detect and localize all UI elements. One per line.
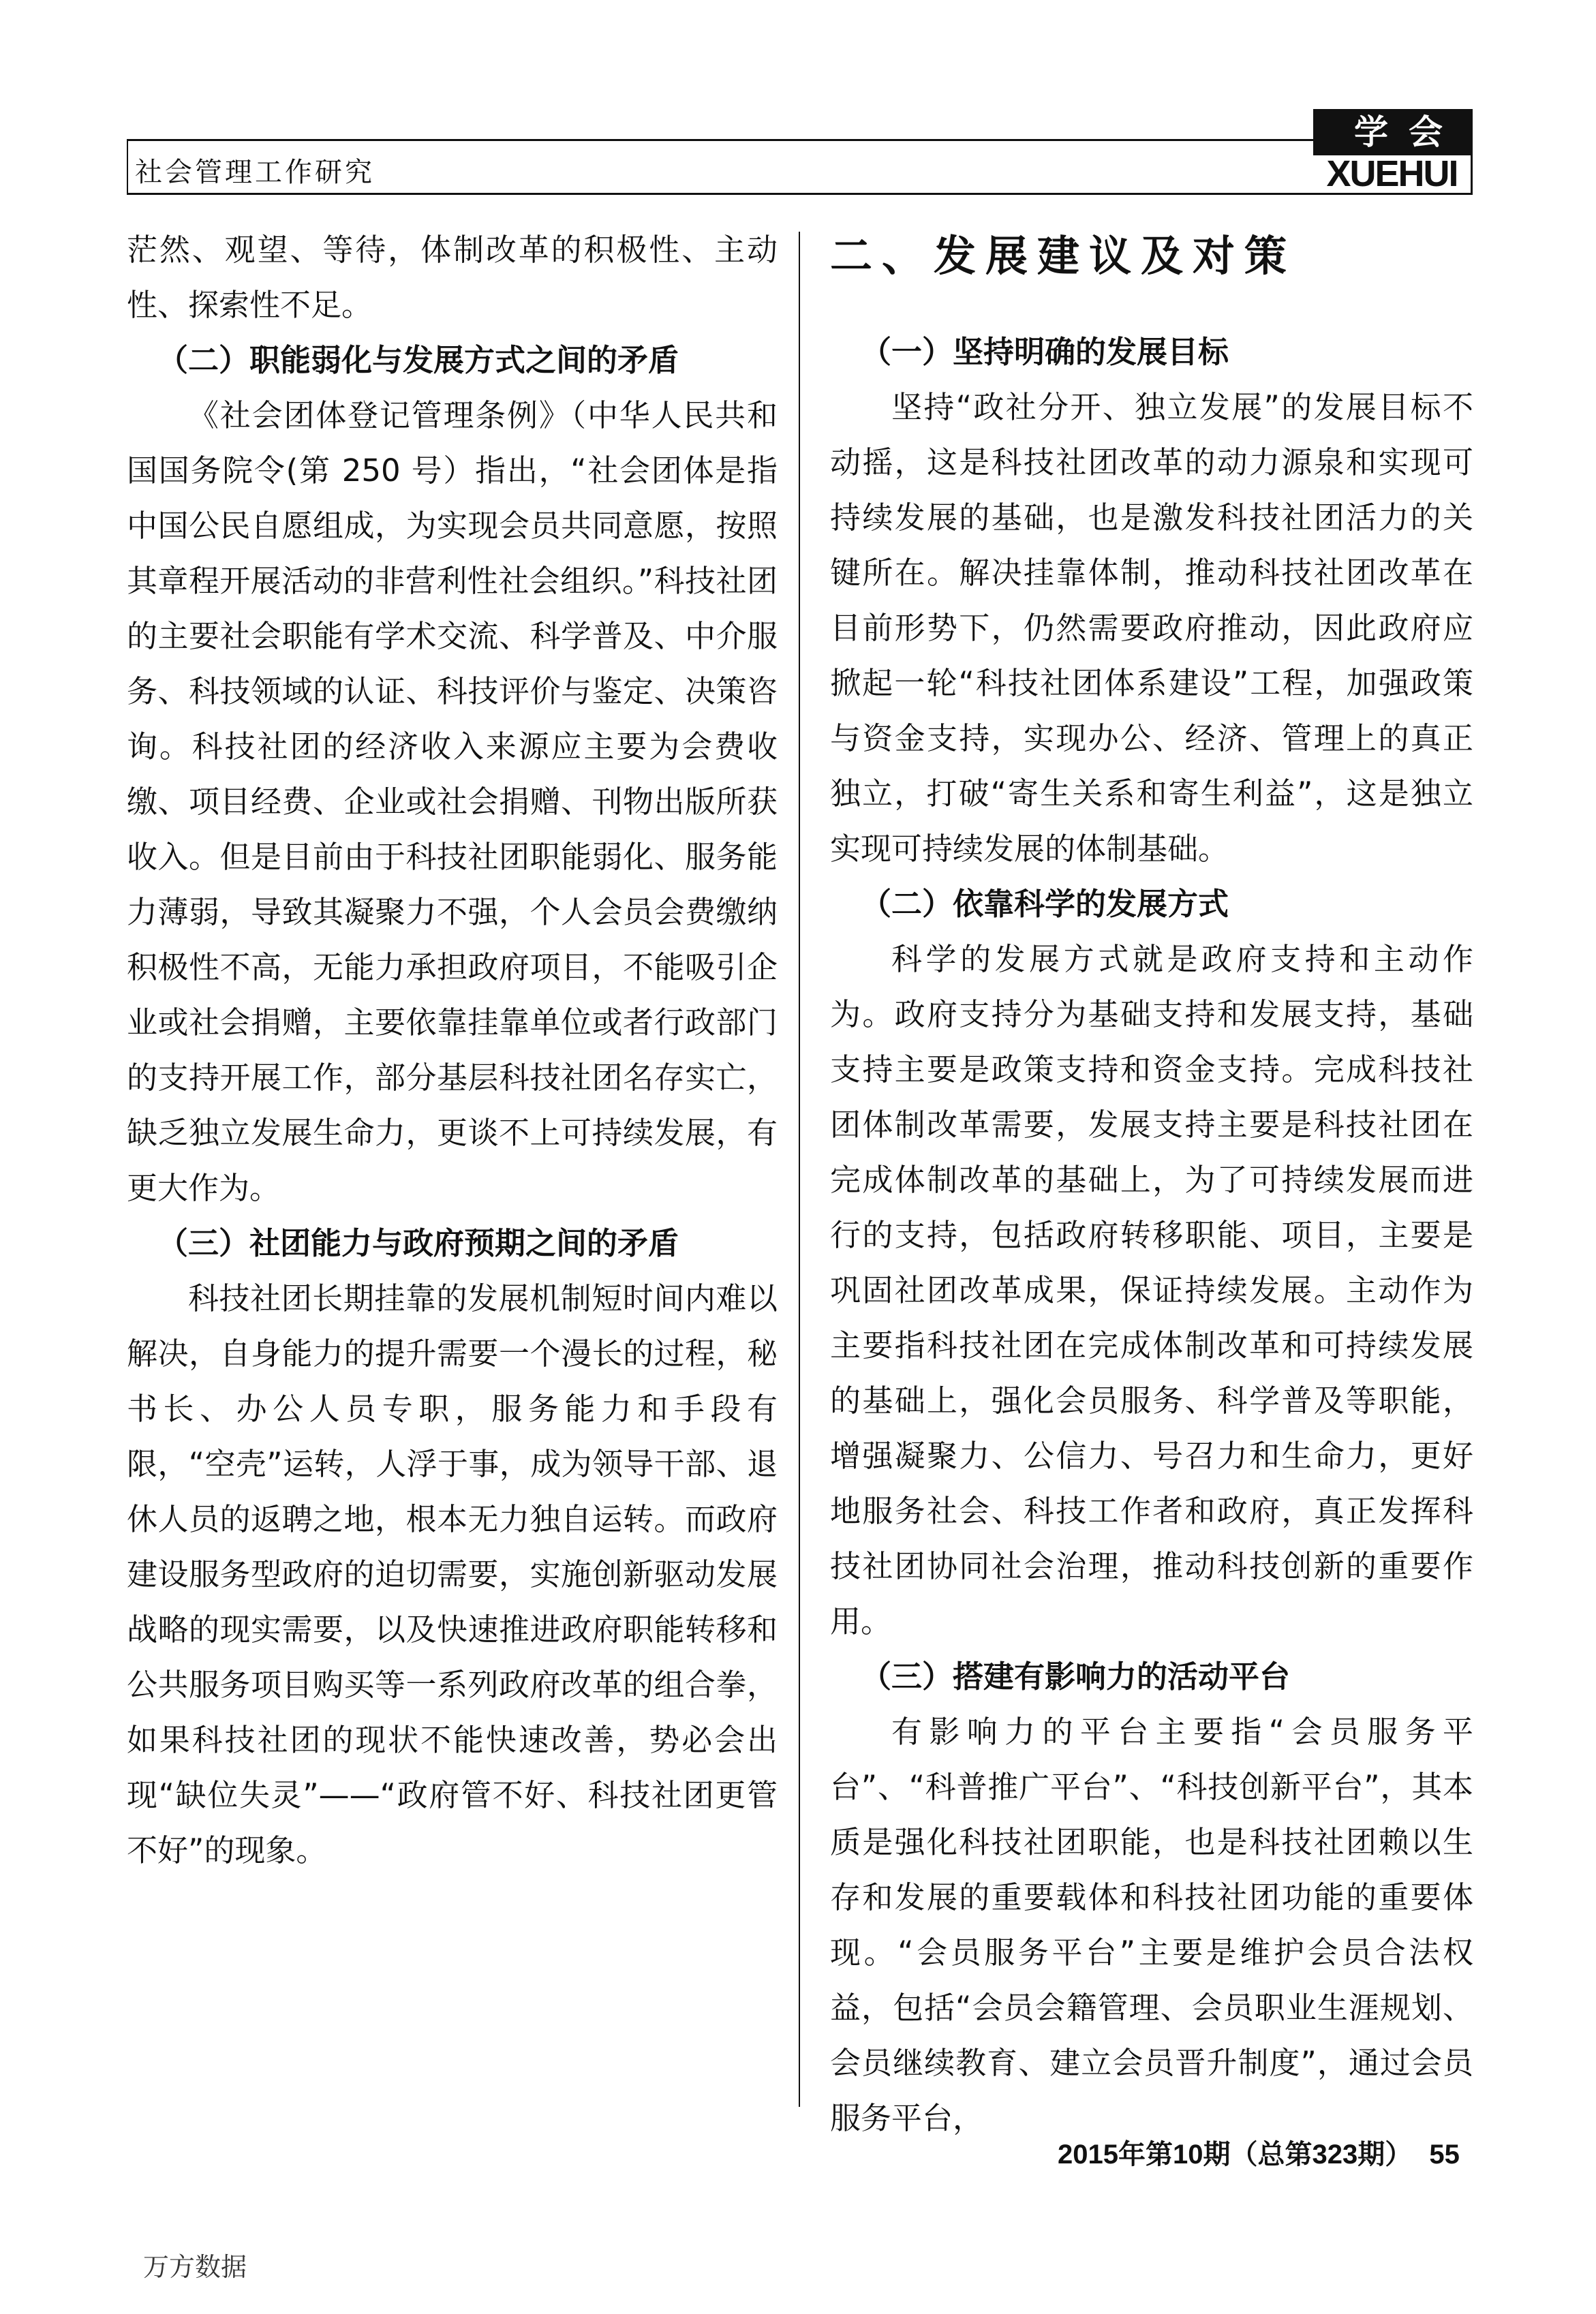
- section-label: 社会管理工作研究: [135, 151, 375, 189]
- logo-pinyin: XUEHUI: [1313, 155, 1473, 195]
- left-column: 茫然、观望、等待，体制改革的积极性、主动性、探索性不足。 （二）职能弱化与发展方…: [127, 222, 778, 1878]
- paragraph: 茫然、观望、等待，体制改革的积极性、主动性、探索性不足。: [127, 222, 778, 333]
- running-header: 社会管理工作研究: [127, 139, 1314, 195]
- paragraph: 科技社团长期挂靠的发展机制短时间内难以解决，自身能力的提升需要一个漫长的过程，秘…: [127, 1271, 778, 1878]
- subsection-heading: （一）坚持明确的发展目标: [830, 324, 1473, 380]
- page-number: 55: [1429, 2140, 1460, 2170]
- paragraph: 坚持“政社分开、独立发展”的发展目标不动摇，这是科技社团改革的动力源泉和实现可持…: [830, 380, 1473, 876]
- logo-chinese: 学会: [1313, 109, 1473, 155]
- watermark: 万方数据: [143, 2246, 247, 2283]
- issue-info: 2015年第10期（总第323期）: [1058, 2140, 1412, 2170]
- subsection-heading: （二）依靠科学的发展方式: [830, 876, 1473, 931]
- subsection-heading: （三）搭建有影响力的活动平台: [830, 1649, 1473, 1704]
- paragraph: 有影响力的平台主要指“会员服务平台”、“科普推广平台”、“科技创新平台”，其本质…: [830, 1704, 1473, 2146]
- subsection-heading: （三）社团能力与政府预期之间的矛盾: [127, 1216, 778, 1271]
- paragraph: 《社会团体登记管理条例》（中华人民共和国国务院令(第 250 号）指出，“社会团…: [127, 388, 778, 1216]
- section-heading: 二、发展建议及对策: [830, 222, 1473, 290]
- journal-logo: 学会 XUEHUI: [1313, 109, 1473, 195]
- paragraph: 科学的发展方式就是政府支持和主动作为。政府支持分为基础支持和发展支持，基础支持主…: [830, 931, 1473, 1649]
- column-divider: [799, 232, 800, 2107]
- subsection-heading: （二）职能弱化与发展方式之间的矛盾: [127, 333, 778, 388]
- right-column: 二、发展建议及对策 （一）坚持明确的发展目标 坚持“政社分开、独立发展”的发展目…: [830, 222, 1473, 2146]
- issue-footer: 2015年第10期（总第323期） 55: [1058, 2133, 1460, 2172]
